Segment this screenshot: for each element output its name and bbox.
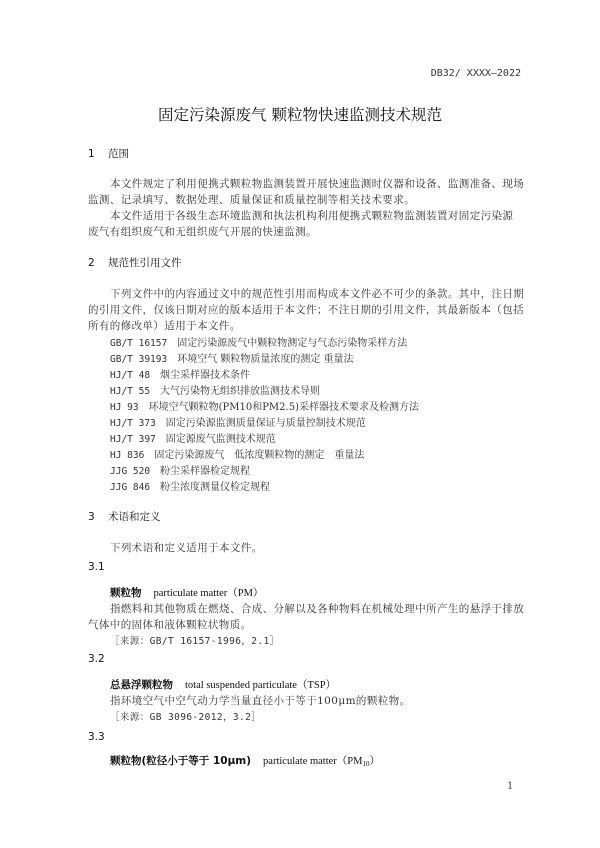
terms-intro: 下列术语和定义适用于本文件。	[110, 540, 263, 555]
scope-paragraph-2-line-1: 本文件适用于各级生态环境监测和执法机构利用便携式颗粒物监测装置对固定污染源	[110, 208, 513, 223]
page-number: 1	[507, 781, 513, 792]
scope-paragraph-2-line-2: 废气有组织废气和无组织废气开展的快速监测。	[88, 224, 317, 239]
document-title: 固定污染源废气 颗粒物快速监测技术规范	[0, 103, 600, 125]
section-title: 术语和定义	[108, 511, 161, 523]
reference-item: JJG 520粉尘采样器检定规程	[110, 462, 250, 477]
section-title: 范围	[108, 148, 129, 160]
reference-code: HJ/T 373	[110, 418, 156, 429]
reference-code: GB/T 39193	[110, 354, 167, 365]
term-zh: 颗粒物	[110, 587, 142, 599]
reference-item: HJ 93环境空气颗粒物(PM10和PM2.5)采样器技术要求及检测方法	[110, 398, 419, 413]
reference-code: GB/T 16157	[110, 338, 167, 349]
term-en: total suspended particulate（TSP）	[185, 680, 336, 691]
section-3-heading: 3术语和定义	[88, 509, 161, 524]
section-2-heading: 2规范性引用文件	[88, 255, 182, 270]
reference-code: HJ/T 48	[110, 370, 150, 381]
term-definition-line-1: 指环境空气中空气动力学当量直径小于等于100μm的颗粒物。	[110, 693, 410, 708]
reference-title: 粉尘采样器检定规程	[160, 466, 250, 477]
reference-item: HJ/T 55大气污染物无组织排放监测技术导则	[110, 382, 320, 397]
scope-paragraph-1-line-1: 本文件规定了利用便携式颗粒物监测装置开展快速监测时仪器和设备、监测准备、现场	[110, 176, 524, 191]
references-intro-line-3: 所有的修改单）适用于本文件。	[88, 318, 241, 333]
term-number: 3.2	[88, 653, 105, 665]
term-en: particulate matter（PM10）	[263, 756, 380, 767]
reference-code: HJ 836	[110, 450, 144, 461]
reference-title: 烟尘采样器技术条件	[160, 370, 250, 381]
references-intro-line-2: 的引用文件，仅该日期对应的版本适用于本文件；不注日期的引用文件，其最新版本（包括	[88, 302, 524, 317]
reference-item: HJ/T 48烟尘采样器技术条件	[110, 366, 250, 381]
term-source: ［来源：GB/T 16157-1996，2.1］	[110, 633, 280, 647]
reference-code: JJG 520	[110, 466, 150, 477]
reference-title: 固定污染源废气中颗粒物测定与气态污染物采样方法	[177, 338, 407, 349]
reference-item: JJG 846粉尘浓度测量仪检定规程	[110, 478, 270, 493]
reference-item: GB/T 39193环境空气 颗粒物质量浓度的测定 重量法	[110, 350, 354, 365]
reference-item: HJ/T 373固定污染源监测质量保证与质量控制技术规范	[110, 414, 366, 429]
reference-title: 固定污染源监测质量保证与质量控制技术规范	[166, 418, 366, 429]
term-definition-line-2: 气体中的固体和液体颗粒状物质。	[88, 617, 252, 632]
reference-title: 粉尘浓度测量仪检定规程	[160, 482, 270, 493]
scope-paragraph-1-line-2: 监测、记录填写、数据处理、质量保证和质量控制等相关技术要求。	[88, 192, 415, 207]
reference-item: HJ 836固定污染源废气 低浓度颗粒物的测定 重量法	[110, 446, 364, 461]
reference-title: 环境空气 颗粒物质量浓度的测定 重量法	[177, 354, 353, 365]
section-1-heading: 1范围	[88, 146, 129, 161]
term-heading: 颗粒物particulate matter（PM）	[110, 585, 263, 600]
term-zh: 总悬浮颗粒物	[110, 679, 173, 691]
section-title: 规范性引用文件	[108, 257, 182, 269]
section-number: 2	[88, 257, 108, 269]
term-zh: 颗粒物(粒径小于等于 10μm)	[110, 755, 251, 767]
reference-code: HJ/T 55	[110, 386, 150, 397]
references-intro-line-1: 下列文件中的内容通过文中的规范性引用而构成本文件必不可少的条款。其中，注日期	[110, 286, 524, 301]
term-source: ［来源：GB 3096-2012，3.2］	[110, 709, 261, 723]
reference-title: 固定源废气监测技术规范	[166, 434, 276, 445]
term-definition-line-1: 指燃料和其他物质在燃烧、合成、分解以及各种物料在机械处理中所产生的悬浮于排放	[110, 601, 524, 616]
reference-title: 环境空气颗粒物(PM10和PM2.5)采样器技术要求及检测方法	[149, 402, 419, 413]
term-number: 3.1	[88, 561, 105, 573]
reference-item: GB/T 16157固定污染源废气中颗粒物测定与气态污染物采样方法	[110, 334, 407, 349]
reference-code: JJG 846	[110, 482, 150, 493]
term-en: particulate matter（PM）	[154, 588, 264, 599]
reference-code: HJ 93	[110, 402, 139, 413]
reference-title: 大气污染物无组织排放监测技术导则	[160, 386, 320, 397]
section-number: 3	[88, 511, 108, 523]
reference-title: 固定污染源废气 低浓度颗粒物的测定 重量法	[154, 450, 364, 461]
term-heading: 颗粒物(粒径小于等于 10μm)particulate matter（PM10）	[110, 753, 380, 768]
reference-item: HJ/T 397固定源废气监测技术规范	[110, 430, 276, 445]
reference-code: HJ/T 397	[110, 434, 156, 445]
section-number: 1	[88, 148, 108, 160]
document-code: DB32/ XXXX—2022	[431, 68, 521, 79]
term-heading: 总悬浮颗粒物total suspended particulate（TSP）	[110, 677, 336, 692]
term-number: 3.3	[88, 731, 105, 743]
